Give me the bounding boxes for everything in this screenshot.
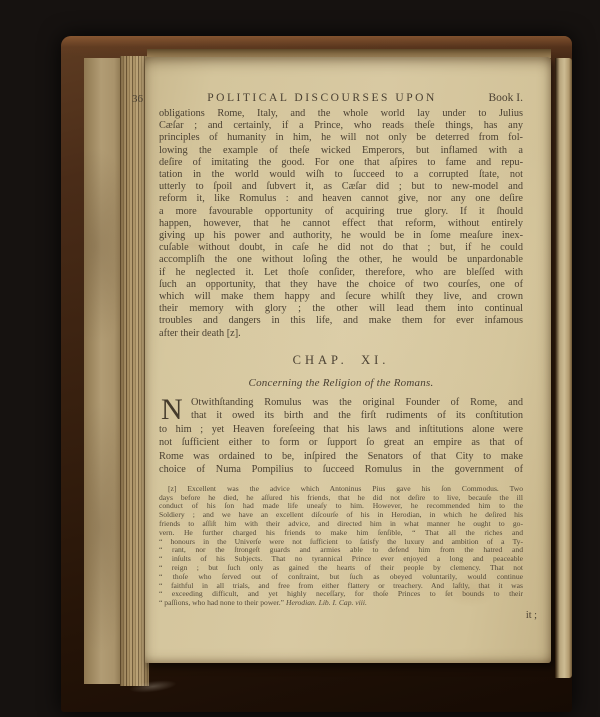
text-line: not ſufficient either to form or ſupport… <box>159 436 523 450</box>
page-edges-flyleaf <box>84 58 122 684</box>
text-line: utterly to ſpoil and ſubvert it, as Cæſa… <box>159 181 523 193</box>
text-line: ſuch an opportunity, that they have the … <box>159 279 523 291</box>
chapter-subtitle: Concerning the Religion of the Romans. <box>159 376 523 390</box>
text-line: deſire of imitating the good. For one th… <box>159 157 523 169</box>
footnote-last-line: “ paſſions, who had none to their power.… <box>159 599 523 608</box>
book-label: Book I. <box>489 92 524 104</box>
text-line: Rome was ordained to be, inſpired the Se… <box>159 450 523 464</box>
text-line: reform it, like Romulus : and heaven can… <box>159 193 523 205</box>
page-edge-right <box>555 58 572 678</box>
text-line: principles of humanity in him, he will n… <box>159 132 523 144</box>
photo-background: 36 POLITICAL DISCOURSES UPON Book I. obl… <box>0 0 600 717</box>
text-line: giving up his power and authority, he wo… <box>159 230 523 242</box>
text-column: 36 POLITICAL DISCOURSES UPON Book I. obl… <box>159 92 523 621</box>
footnote-citation: Herodian. Lib. I. Cap. viii. <box>286 598 367 607</box>
text-line: Cæſar ; and certainly, if a Prince, who … <box>159 120 523 132</box>
text-line: after their death [z]. <box>159 328 523 340</box>
page-header: 36 POLITICAL DISCOURSES UPON Book I. <box>159 92 523 106</box>
book-page: 36 POLITICAL DISCOURSES UPON Book I. obl… <box>145 57 551 663</box>
text-line: Otwithſtanding Romulus was the original … <box>159 396 523 410</box>
footnote-lines: [z] Excellent was the advice which Anton… <box>159 485 523 599</box>
text-line: tation in the world would wiſh to ſuccee… <box>159 169 523 181</box>
chapter-first-paragraph: N Otwithſtanding Romulus was the origina… <box>159 396 523 477</box>
text-line: a more favourable opportunity of acquiri… <box>159 206 523 218</box>
page-number: 36 <box>132 93 143 105</box>
paragraph-continuation: obligations Rome, Italy, and the whole w… <box>159 108 523 340</box>
text-line: accompliſh the one without loſing the ot… <box>159 254 523 266</box>
footnote-quote-end: “ paſſions, who had none to their power.… <box>159 598 286 607</box>
text-line: cuſable without doubt, in caſe he did no… <box>159 242 523 254</box>
chapter-heading: CHAP. XI. <box>159 353 523 368</box>
text-line: troubles and dangers in this life, and m… <box>159 315 523 327</box>
text-line: their memory with glory ; the other will… <box>159 303 523 315</box>
dropcap-initial: N <box>161 397 185 423</box>
footnote: [z] Excellent was the advice which Anton… <box>159 485 523 608</box>
catchword: it ; <box>159 610 537 621</box>
paragraph-lines: Otwithſtanding Romulus was the original … <box>159 396 523 477</box>
running-title: POLITICAL DISCOURSES UPON <box>173 92 471 104</box>
text-line: which will make them happy and ſecure wh… <box>159 291 523 303</box>
text-line: that it owed its birth and the firſt rud… <box>159 409 523 423</box>
book-cover: 36 POLITICAL DISCOURSES UPON Book I. obl… <box>61 36 572 712</box>
text-line: if he neglected it. Let thoſe conſider, … <box>159 267 523 279</box>
text-line: lowing the example of theſe wicked Emper… <box>159 145 523 157</box>
text-line: to him ; yet Heaven foreſeeing that his … <box>159 423 523 437</box>
text-line: obligations Rome, Italy, and the whole w… <box>159 108 523 120</box>
text-line: choice of Numa Pompilius to ſucceed Romu… <box>159 463 523 477</box>
text-line: happen, however, that he cannot effect t… <box>159 218 523 230</box>
